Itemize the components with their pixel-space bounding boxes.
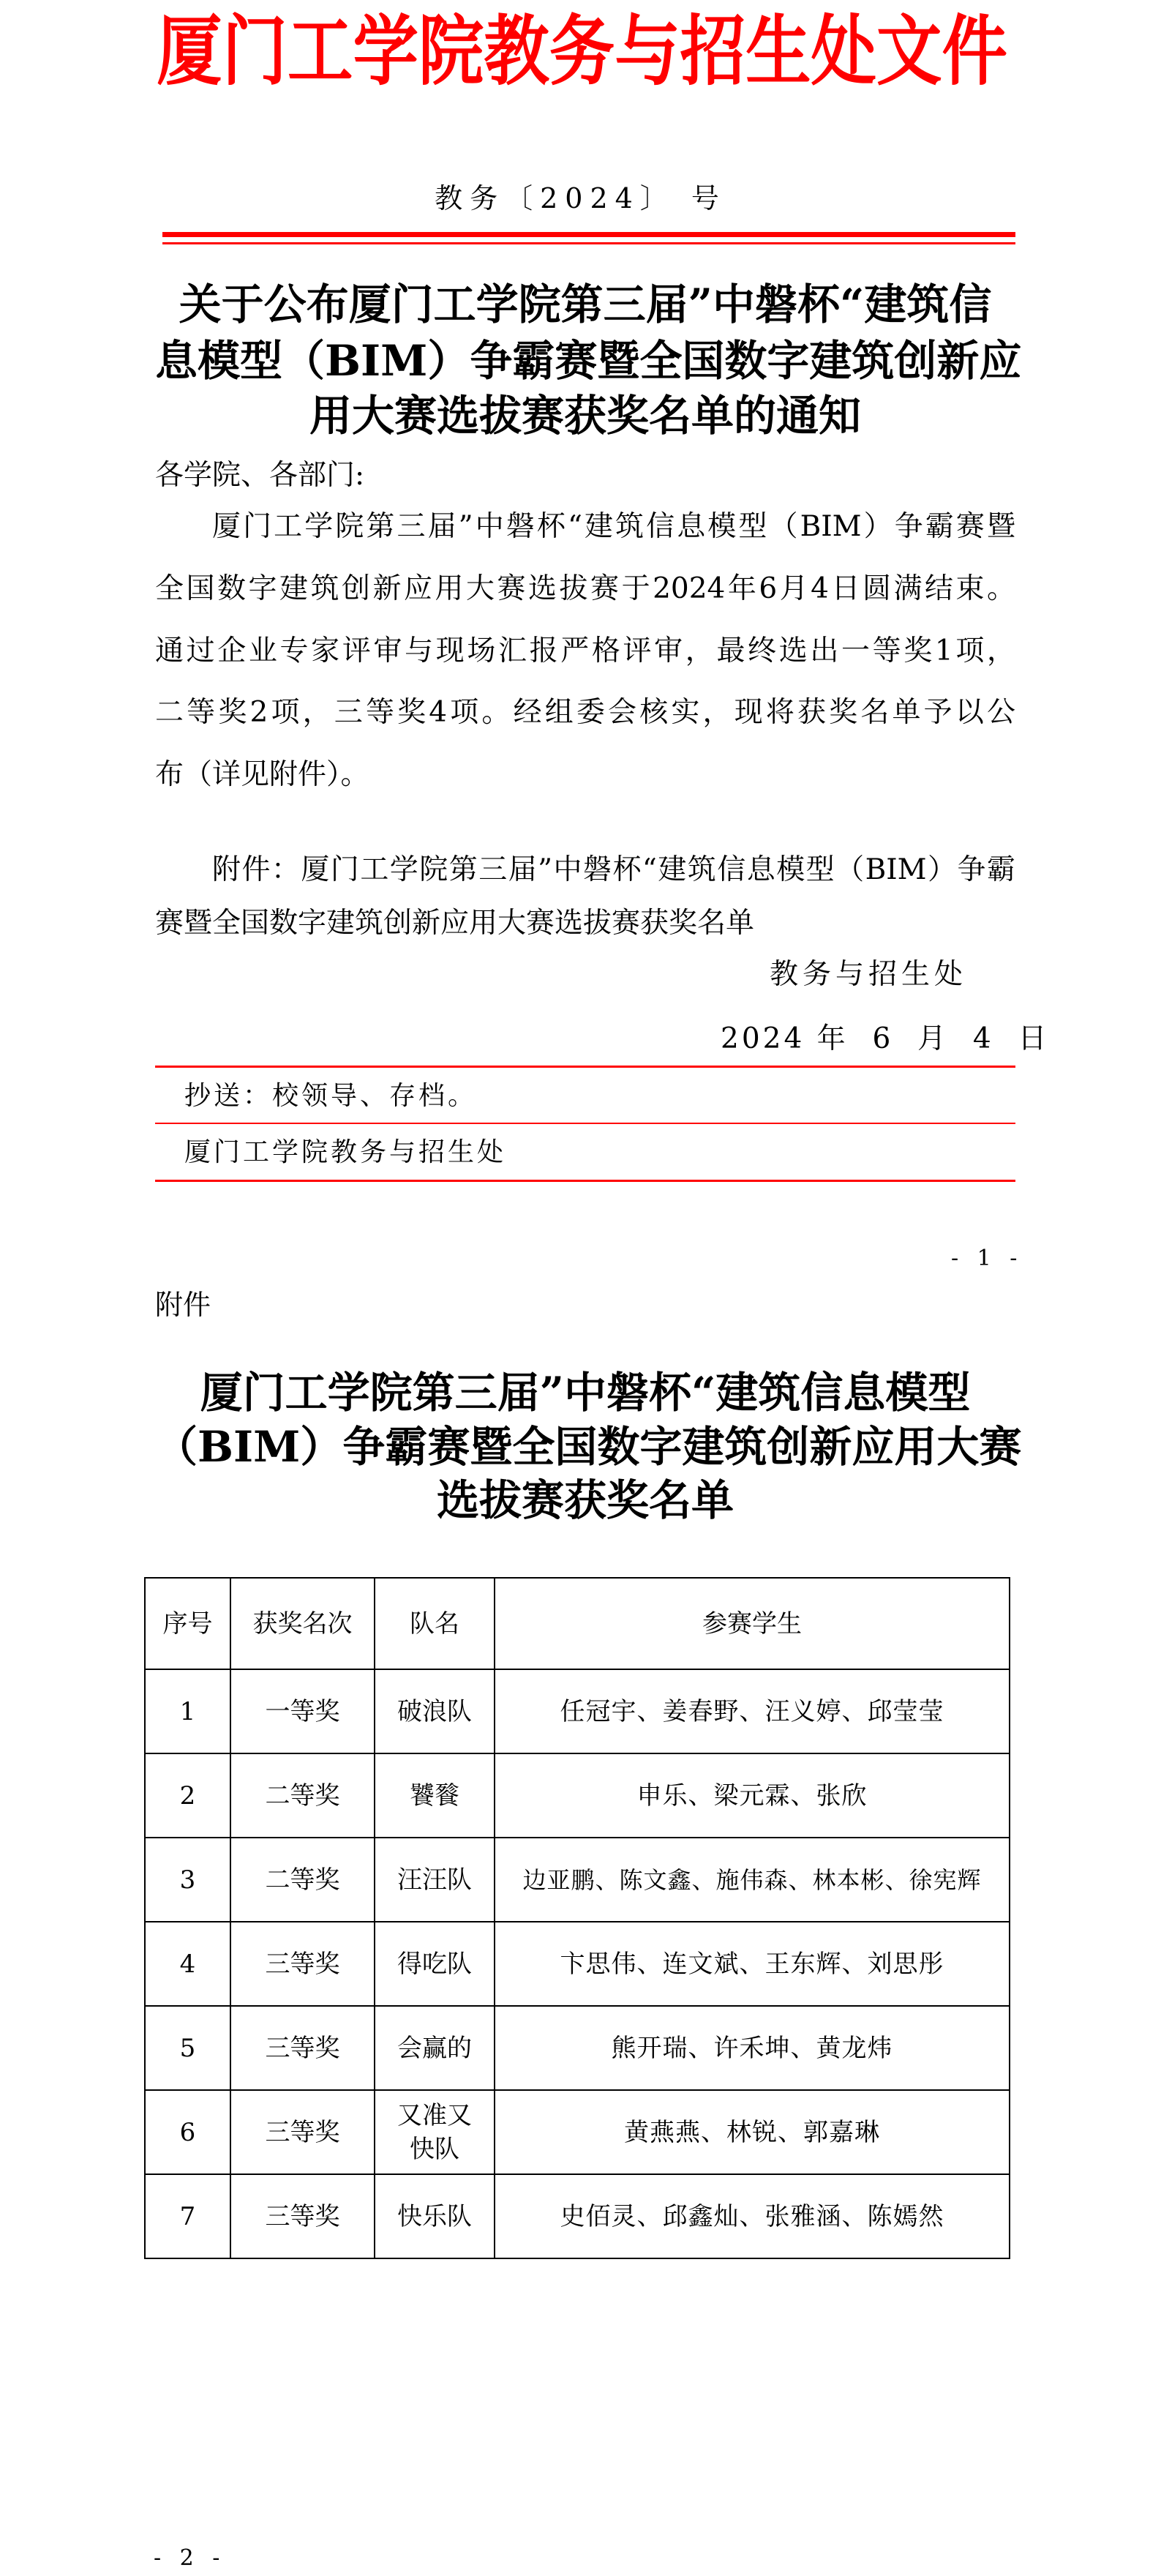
- table-header-row: 序号 获奖名次 队名 参赛学生: [145, 1578, 1010, 1669]
- reference-number: 教务〔2024〕 号: [0, 181, 1161, 215]
- cell-award: 二等奖: [230, 1838, 375, 1922]
- attachment-title-line-1: 厦门工学院第三届”中磐杯“建筑信息模型: [155, 1367, 1015, 1418]
- cell-students: 边亚鹏、陈文鑫、施伟森、林本彬、徐宪辉: [495, 1838, 1010, 1922]
- table-row: 7 三等奖 快乐队 史佰灵、邱鑫灿、张雅涵、陈嫣然: [145, 2174, 1010, 2258]
- body-line-2: 全国数字建筑创新应用大赛选拔赛于2024年6月4日圆满结束。: [155, 572, 1015, 606]
- attachment-line-2: 赛暨全国数字建筑创新应用大赛选拔赛获奖名单: [155, 907, 1015, 940]
- cell-award: 三等奖: [230, 1922, 375, 2006]
- notice-heading-line-1: 关于公布厦门工学院第三届”中磐杯“建筑信: [155, 277, 1015, 332]
- attachment-title-line-3: 选拔赛获奖名单: [155, 1475, 1015, 1526]
- document-masthead: 厦门工学院教务与招生处文件: [83, 6, 1081, 97]
- table-row: 6 三等奖 又准又快队 黄燕燕、林锐、郭嘉琳: [145, 2090, 1010, 2174]
- table-row: 2 二等奖 饕餮 申乐、梁元霖、张欣: [145, 1753, 1010, 1838]
- cell-award: 三等奖: [230, 2090, 375, 2174]
- cell-award: 三等奖: [230, 2006, 375, 2090]
- cell-students: 史佰灵、邱鑫灿、张雅涵、陈嫣然: [495, 2174, 1010, 2258]
- table-row: 3 二等奖 汪汪队 边亚鹏、陈文鑫、施伟森、林本彬、徐宪辉: [145, 1838, 1010, 1922]
- page-number-2: - 2 -: [154, 2545, 225, 2572]
- cell-team: 会赢的: [375, 2006, 495, 2090]
- cell-students: 熊开瑞、许禾坤、黄龙炜: [495, 2006, 1010, 2090]
- cell-team: 得吃队: [375, 1922, 495, 2006]
- signature: 教务与招生处: [770, 958, 967, 992]
- masthead-rule-thick: [162, 232, 1015, 237]
- cell-award: 三等奖: [230, 2174, 375, 2258]
- attachment-title-line-2: （BIM）争霸赛暨全国数字建筑创新应用大赛: [155, 1421, 1015, 1472]
- footer-rule-bottom: [155, 1180, 1015, 1182]
- body-line-3: 通过企业专家评审与现场汇报严格评审，最终选出一等奖1项，: [155, 634, 1015, 668]
- cell-serial: 1: [145, 1669, 230, 1753]
- footer-rule-middle: [155, 1123, 1015, 1124]
- cell-serial: 6: [145, 2090, 230, 2174]
- attachment-label: 附件: [155, 1288, 211, 1322]
- notice-heading-line-2: 息模型（BIM）争霸赛暨全国数字建筑创新应: [155, 333, 1015, 389]
- cell-serial: 5: [145, 2006, 230, 2090]
- table-row: 5 三等奖 会赢的 熊开瑞、许禾坤、黄龙炜: [145, 2006, 1010, 2090]
- cell-team: 汪汪队: [375, 1838, 495, 1922]
- cell-team: 又准又快队: [375, 2090, 495, 2174]
- cell-serial: 2: [145, 1753, 230, 1838]
- cell-serial: 3: [145, 1838, 230, 1922]
- cell-team: 破浪队: [375, 1669, 495, 1753]
- cell-students: 申乐、梁元霖、张欣: [495, 1753, 1010, 1838]
- cell-team: 饕餮: [375, 1753, 495, 1838]
- cell-students: 卞思伟、连文斌、王东辉、刘思彤: [495, 1922, 1010, 2006]
- body-line-5: 布（详见附件）。: [155, 758, 1015, 792]
- cell-serial: 7: [145, 2174, 230, 2258]
- header-award: 获奖名次: [230, 1578, 375, 1669]
- body-line-1: 厦门工学院第三届”中磐杯“建筑信息模型（BIM）争霸赛暨: [212, 510, 1015, 544]
- notice-heading-line-3: 用大赛选拔赛获奖名单的通知: [155, 388, 1015, 443]
- cell-team: 快乐队: [375, 2174, 495, 2258]
- cell-students: 任冠宇、姜春野、汪义婷、邱莹莹: [495, 1669, 1010, 1753]
- cell-award: 二等奖: [230, 1753, 375, 1838]
- issuer-line: 厦门工学院教务与招生处: [184, 1136, 506, 1169]
- header-serial: 序号: [145, 1578, 230, 1669]
- attachment-line-1: 附件：厦门工学院第三届”中磐杯“建筑信息模型（BIM）争霸: [212, 853, 1015, 887]
- page-number-1: - 1 -: [951, 1246, 1023, 1272]
- header-team: 队名: [375, 1578, 495, 1669]
- masthead-rule-thin: [162, 242, 1015, 244]
- salutation: 各学院、各部门:: [155, 459, 1015, 493]
- cell-students: 黄燕燕、林锐、郭嘉琳: [495, 2090, 1010, 2174]
- cell-serial: 4: [145, 1922, 230, 2006]
- cc-line: 抄送：校领导、存档。: [184, 1079, 477, 1113]
- cell-award: 一等奖: [230, 1669, 375, 1753]
- table-row: 1 一等奖 破浪队 任冠宇、姜春野、汪义婷、邱莹莹: [145, 1669, 1010, 1753]
- header-students: 参赛学生: [495, 1578, 1010, 1669]
- footer-rule-top: [155, 1066, 1015, 1068]
- body-line-4: 二等奖2项，三等奖4项。经组委会核实，现将获奖名单予以公: [155, 696, 1015, 730]
- issue-date: 2024 年 6 月 4 日: [721, 1022, 1049, 1056]
- awards-table: 序号 获奖名次 队名 参赛学生 1 一等奖 破浪队 任冠宇、姜春野、汪义婷、邱莹…: [144, 1577, 1010, 2259]
- table-row: 4 三等奖 得吃队 卞思伟、连文斌、王东辉、刘思彤: [145, 1922, 1010, 2006]
